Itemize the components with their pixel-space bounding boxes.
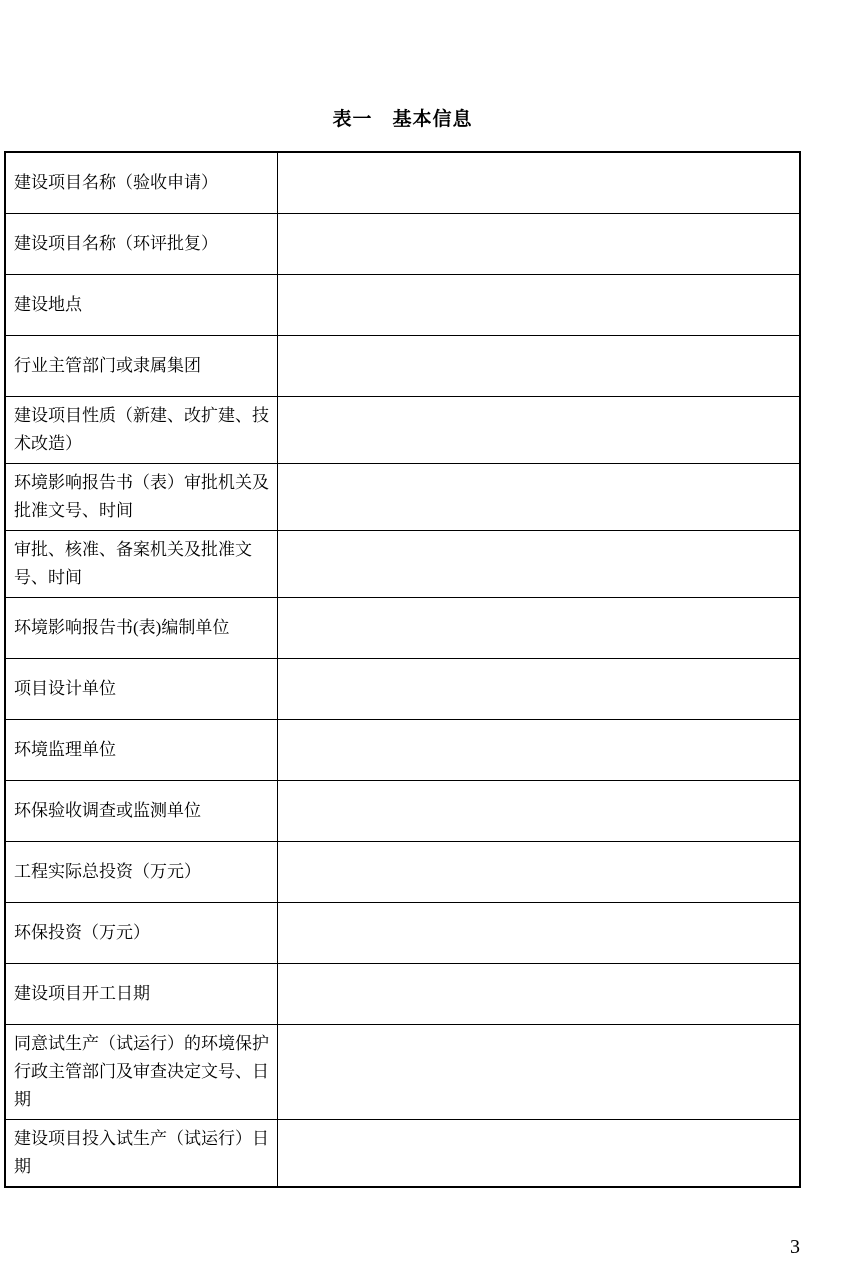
page-number: 3 [790,1236,800,1259]
table-row: 行业主管部门或隶属集团 [6,335,799,396]
row-value-cell[interactable] [278,1120,799,1186]
row-label: 建设项目名称（环评批复） [6,214,278,274]
row-value-cell[interactable] [278,1025,799,1119]
row-label: 环境影响报告书（表）审批机关及批准文号、时间 [6,464,278,530]
row-label: 环境监理单位 [6,720,278,780]
row-label: 建设项目开工日期 [6,964,278,1024]
row-value-cell[interactable] [278,397,799,463]
row-label: 同意试生产（试运行）的环境保护行政主管部门及审查决定文号、日期 [6,1025,278,1119]
row-value-cell[interactable] [278,531,799,597]
row-label: 审批、核准、备案机关及批准文号、时间 [6,531,278,597]
row-value-cell[interactable] [278,464,799,530]
table-row: 建设地点 [6,274,799,335]
table-row: 同意试生产（试运行）的环境保护行政主管部门及审查决定文号、日期 [6,1024,799,1119]
table-row: 环境监理单位 [6,719,799,780]
table-row: 环境影响报告书（表）审批机关及批准文号、时间 [6,463,799,530]
row-label: 工程实际总投资（万元） [6,842,278,902]
row-label: 项目设计单位 [6,659,278,719]
row-value-cell[interactable] [278,336,799,396]
row-label: 环境影响报告书(表)编制单位 [6,598,278,658]
row-label: 行业主管部门或隶属集团 [6,336,278,396]
basic-info-table: 建设项目名称（验收申请）建设项目名称（环评批复）建设地点行业主管部门或隶属集团建… [4,151,801,1188]
table-row: 建设项目投入试生产（试运行）日期 [6,1119,799,1186]
document-page: 表一 基本信息 建设项目名称（验收申请）建设项目名称（环评批复）建设地点行业主管… [0,0,850,1274]
row-label: 建设项目投入试生产（试运行）日期 [6,1120,278,1186]
row-value-cell[interactable] [278,153,799,213]
table-row: 建设项目名称（验收申请） [6,153,799,213]
row-label: 环保验收调查或监测单位 [6,781,278,841]
page-title: 表一 基本信息 [4,0,801,131]
row-value-cell[interactable] [278,903,799,963]
row-value-cell[interactable] [278,275,799,335]
table-row: 环保投资（万元） [6,902,799,963]
row-value-cell[interactable] [278,659,799,719]
row-label: 建设项目性质（新建、改扩建、技术改造） [6,397,278,463]
table-row: 环境影响报告书(表)编制单位 [6,597,799,658]
table-row: 环保验收调查或监测单位 [6,780,799,841]
row-value-cell[interactable] [278,598,799,658]
table-row: 审批、核准、备案机关及批准文号、时间 [6,530,799,597]
table-row: 项目设计单位 [6,658,799,719]
row-value-cell[interactable] [278,964,799,1024]
table-row: 工程实际总投资（万元） [6,841,799,902]
row-value-cell[interactable] [278,781,799,841]
table-row: 建设项目性质（新建、改扩建、技术改造） [6,396,799,463]
row-value-cell[interactable] [278,214,799,274]
row-label: 建设地点 [6,275,278,335]
row-label: 建设项目名称（验收申请） [6,153,278,213]
row-value-cell[interactable] [278,720,799,780]
row-value-cell[interactable] [278,842,799,902]
table-row: 建设项目开工日期 [6,963,799,1024]
row-label: 环保投资（万元） [6,903,278,963]
table-row: 建设项目名称（环评批复） [6,213,799,274]
